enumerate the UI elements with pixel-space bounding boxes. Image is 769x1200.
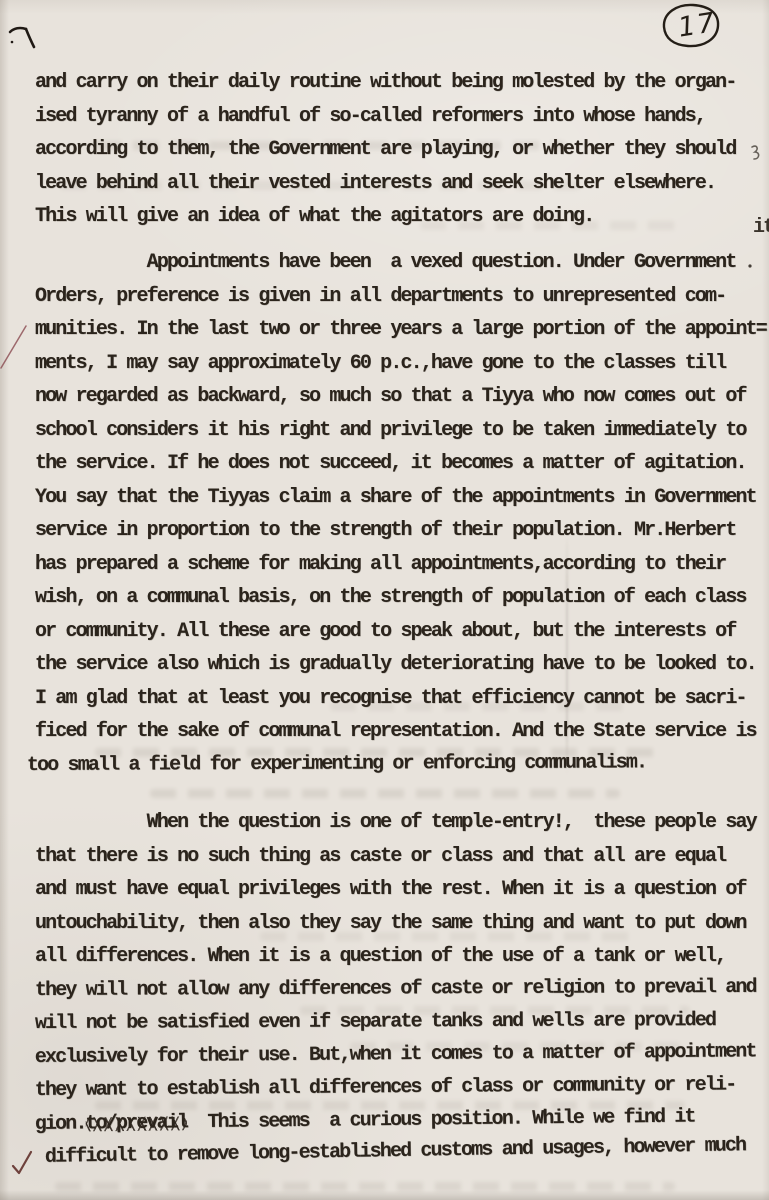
text-line: service in proportion to the strength of… — [35, 514, 769, 548]
text-line: ised tyranny of a handful of so-called r… — [35, 100, 769, 134]
text-line: wish, on a communal basis, on the streng… — [35, 581, 769, 615]
text-line: or community. All these are good to spea… — [35, 615, 769, 649]
text-segment: Orders, preference is given in all depar… — [35, 285, 725, 308]
text-line: ments, I may say approximately 60 p.c.,h… — [35, 347, 769, 381]
text-segment: will not be satisfied even if separate t… — [35, 1009, 715, 1035]
page-number-annotation: 17 — [664, 5, 719, 46]
text-segment: This seems a curious position. While we … — [187, 1105, 695, 1134]
ghost-line — [150, 789, 620, 798]
text-line: You say that the Tiyyas claim a share of… — [35, 481, 769, 515]
text-line: munities. In the last two or three years… — [35, 313, 769, 347]
text-segment: the service. If he does not succeed, it … — [35, 452, 746, 475]
text-segment: has prepared a scheme for making all app… — [35, 553, 725, 576]
text-segment: I am glad that at least you recognise th… — [35, 687, 746, 710]
text-segment: the service also which is gradually dete… — [35, 653, 756, 676]
typed-paragraph-1: and carry on their daily routine without… — [35, 66, 769, 234]
text-line: and carry on their daily routine without… — [35, 66, 769, 100]
text-segment: they want to establish all differences o… — [35, 1073, 736, 1102]
text-line: will not be satisfied even if separate t… — [35, 1004, 769, 1041]
text-segment: exclusively for their use. But,when it c… — [35, 1040, 756, 1069]
text-segment: ments, I may say approximately 60 p.c.,h… — [35, 352, 725, 375]
text-segment: and must have equal privileges with the … — [35, 878, 746, 901]
text-segment: too small a field for experimenting or e… — [27, 751, 646, 777]
text-segment: school considers it his right and privil… — [35, 419, 746, 442]
text-segment: munities. In the last two or three years… — [35, 318, 766, 341]
text-line: school considers it his right and privil… — [35, 414, 769, 448]
text-segment: Appointments have been a vexed question.… — [35, 251, 736, 274]
struck-out-text: to/prevail — [85, 1111, 187, 1135]
text-line: Appointments have been a vexed question.… — [35, 246, 769, 280]
typed-paragraph-2: Appointments have been a vexed question.… — [35, 246, 769, 782]
document-page: and carry on their daily routine without… — [0, 0, 769, 1200]
stray-ink-mark — [10, 28, 34, 47]
text-segment: ised tyranny of a handful of so-called r… — [35, 105, 705, 128]
text-segment: This will give an idea of what the agita… — [35, 205, 593, 228]
text-line: they will not allow any differences of c… — [35, 970, 769, 1007]
text-segment: or community. All these are good to spea… — [35, 620, 736, 643]
text-segment: all differences. When it is a question o… — [35, 945, 725, 968]
page-number-circle — [664, 5, 718, 46]
ghost-line — [55, 1182, 675, 1191]
page-number: 17 — [676, 7, 719, 44]
text-segment: according to them, the Government are pl… — [35, 138, 736, 161]
text-segment: now regarded as backward, so much so tha… — [35, 385, 746, 408]
text-segment: You say that the Tiyyas claim a share of… — [35, 486, 756, 509]
text-line: ficed for the sake of communal represent… — [35, 715, 769, 749]
text-line: the service. If he does not succeed, it … — [35, 447, 769, 481]
text-segment: untouchability, then also they say the s… — [35, 912, 746, 935]
right-edge-text-fragment: it — [753, 216, 769, 239]
text-segment: difficult to remove long-established cus… — [35, 1134, 746, 1169]
text-line: the service also which is gradually dete… — [35, 648, 769, 682]
text-line: This will give an idea of what the agita… — [35, 200, 769, 234]
text-segment: leave behind all their vested interests … — [35, 172, 715, 195]
text-segment: that there is no such thing as caste or … — [35, 845, 725, 868]
typed-paragraph-3: When the question is one of temple-entry… — [35, 806, 769, 1175]
text-line: all differences. When it is a question o… — [35, 940, 769, 974]
text-line: I am glad that at least you recognise th… — [35, 682, 769, 716]
margin-checkmark — [13, 1152, 31, 1173]
text-line: untouchability, then also they say the s… — [35, 907, 769, 941]
red-pencil-stroke — [1, 326, 26, 368]
text-segment: wish, on a communal basis, on the streng… — [35, 586, 746, 609]
text-segment: gion. — [35, 1112, 86, 1136]
text-line: too small a field for experimenting or e… — [27, 745, 769, 782]
text-line: When the question is one of temple-entry… — [35, 806, 769, 840]
text-line: exclusively for their use. But,when it c… — [35, 1035, 769, 1074]
text-line: according to them, the Government are pl… — [35, 133, 769, 167]
text-line: leave behind all their vested interests … — [35, 167, 769, 201]
text-segment: service in proportion to the strength of… — [35, 519, 736, 542]
text-segment: When the question is one of temple-entry… — [35, 811, 756, 834]
text-segment: they will not allow any differences of c… — [35, 975, 756, 1001]
text-line: that there is no such thing as caste or … — [35, 840, 769, 874]
text-line: now regarded as backward, so much so tha… — [35, 380, 769, 414]
text-line: and must have equal privileges with the … — [35, 873, 769, 907]
text-segment: and carry on their daily routine without… — [35, 71, 736, 94]
text-line: has prepared a scheme for making all app… — [35, 548, 769, 582]
text-line: Orders, preference is given in all depar… — [35, 280, 769, 314]
text-segment: ficed for the sake of communal represent… — [35, 720, 756, 743]
